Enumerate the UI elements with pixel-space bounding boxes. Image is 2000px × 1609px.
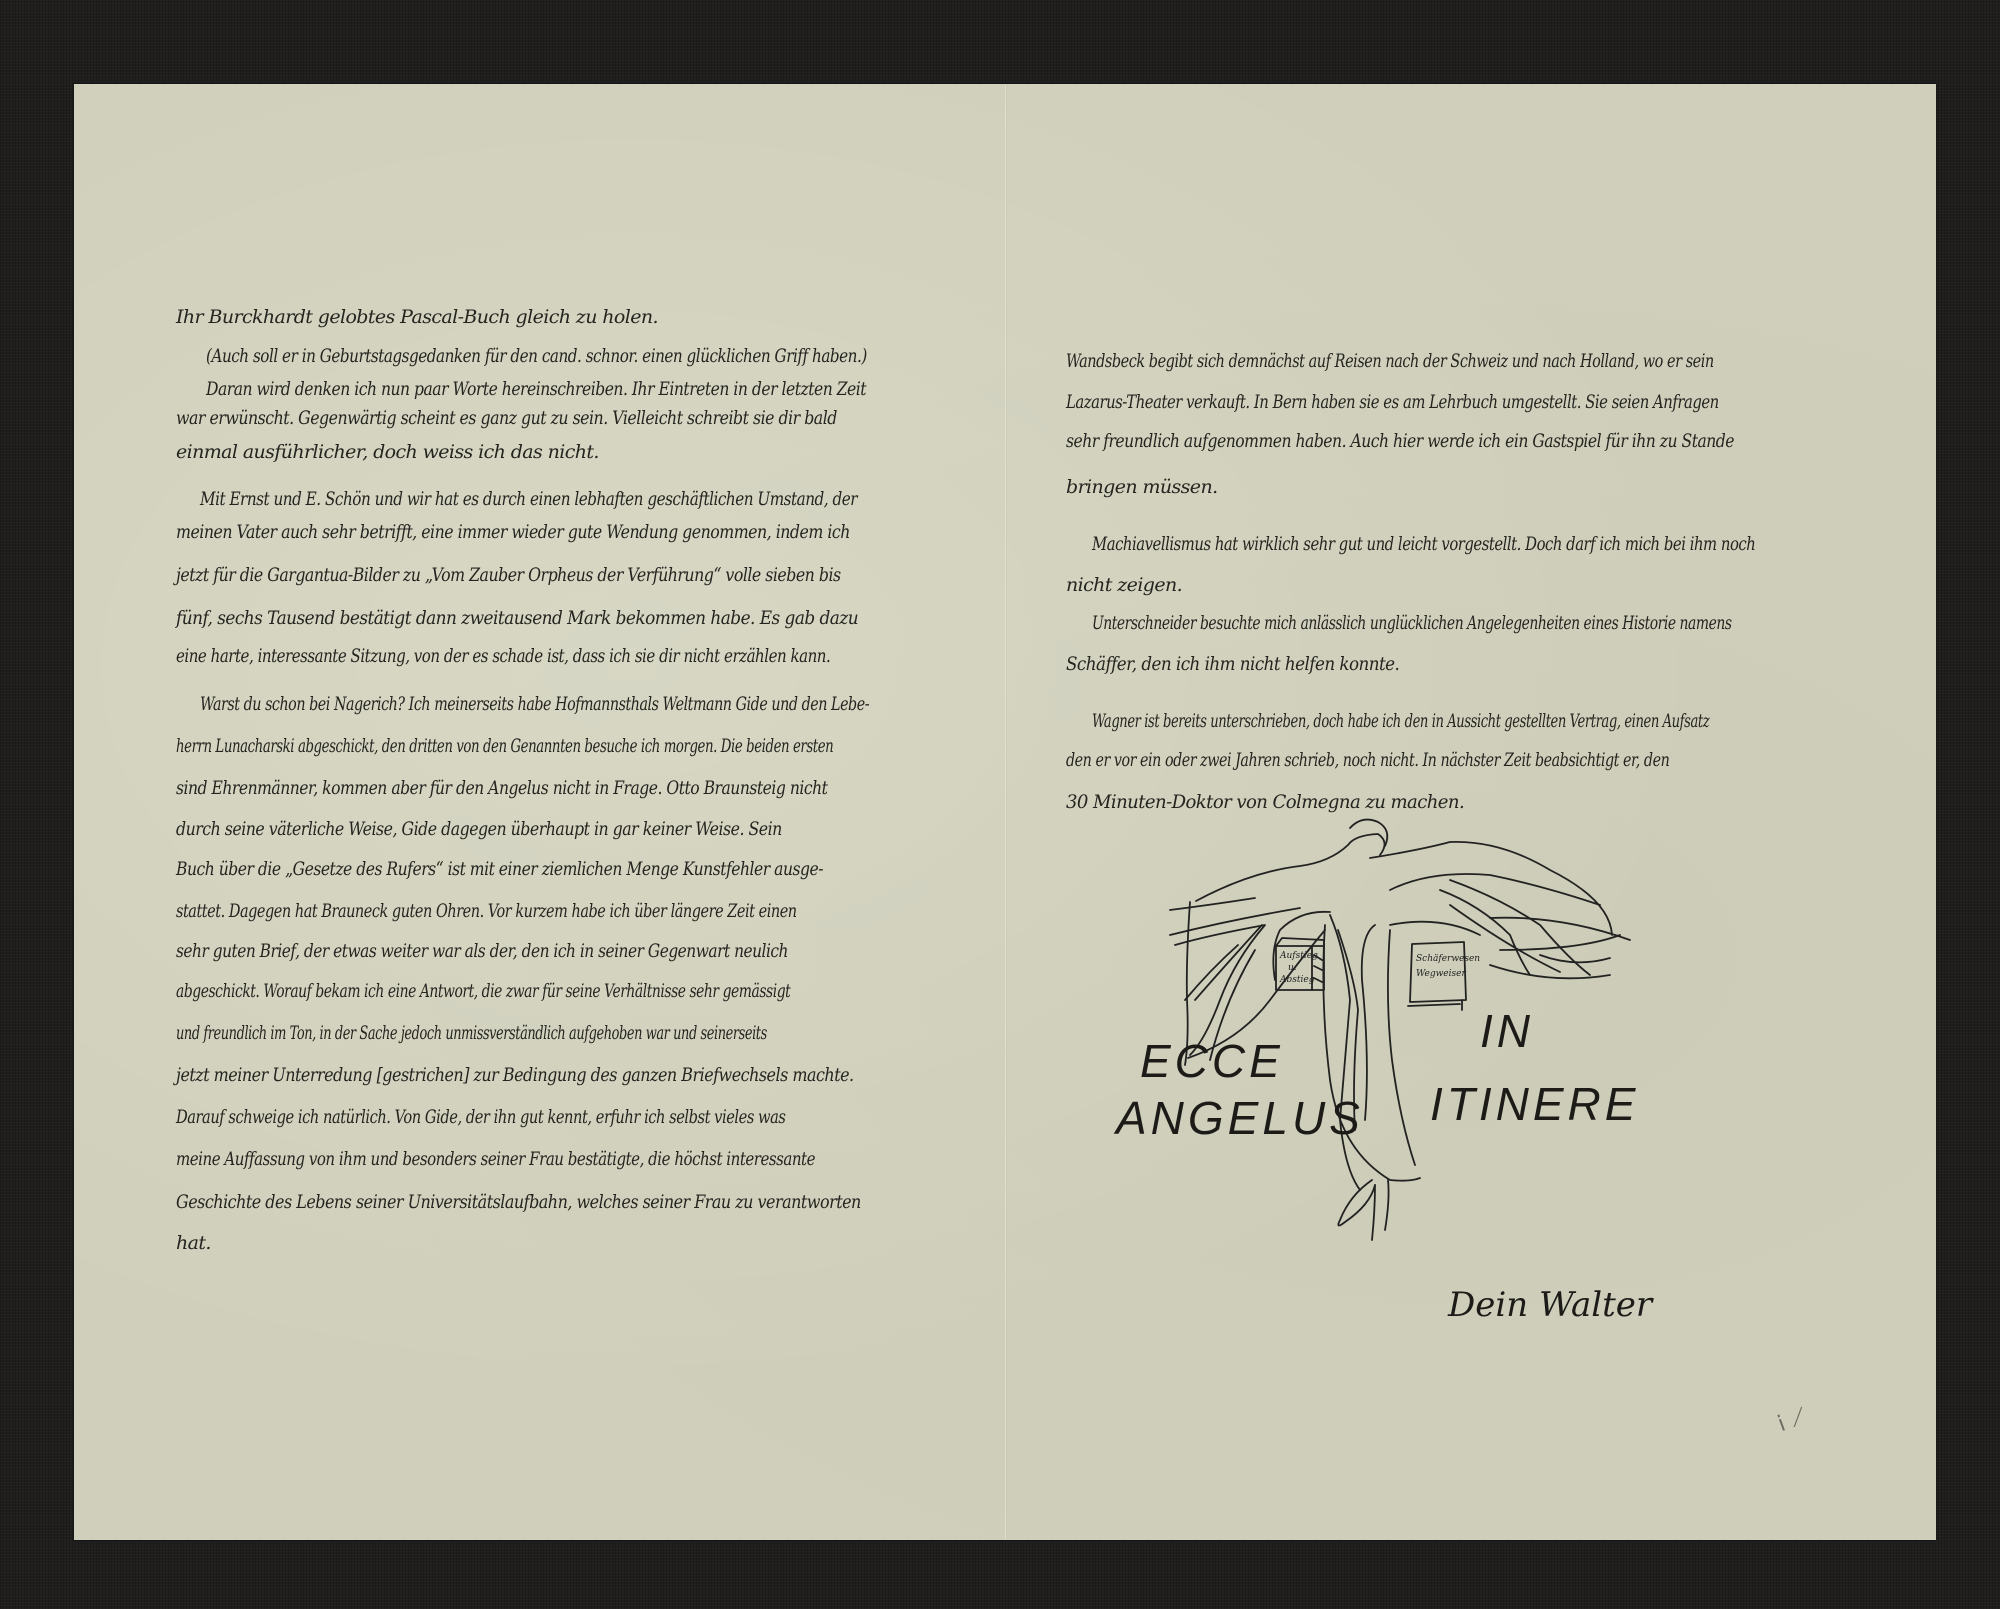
book-right-label-1: Schäferwesen — [1416, 954, 1480, 964]
caption-in: IN — [1480, 1005, 1534, 1057]
book-right-label-2: Wegweiser — [1416, 969, 1466, 979]
angel-drawing: Aufstieg u. Abstieg Schäferwesen Wegweis… — [0, 0, 2000, 1609]
caption-angelus: ANGELUS — [1116, 1092, 1364, 1144]
book-left-label-1: Aufstieg — [1279, 951, 1318, 961]
book-left-label-2: u. — [1288, 963, 1297, 973]
signature: Dein Walter — [1448, 1285, 1652, 1325]
caption-ecce: ECCE — [1140, 1035, 1284, 1087]
book-left-label-3: Abstieg — [1279, 975, 1315, 985]
caption-itinere: ITINERE — [1430, 1078, 1639, 1130]
